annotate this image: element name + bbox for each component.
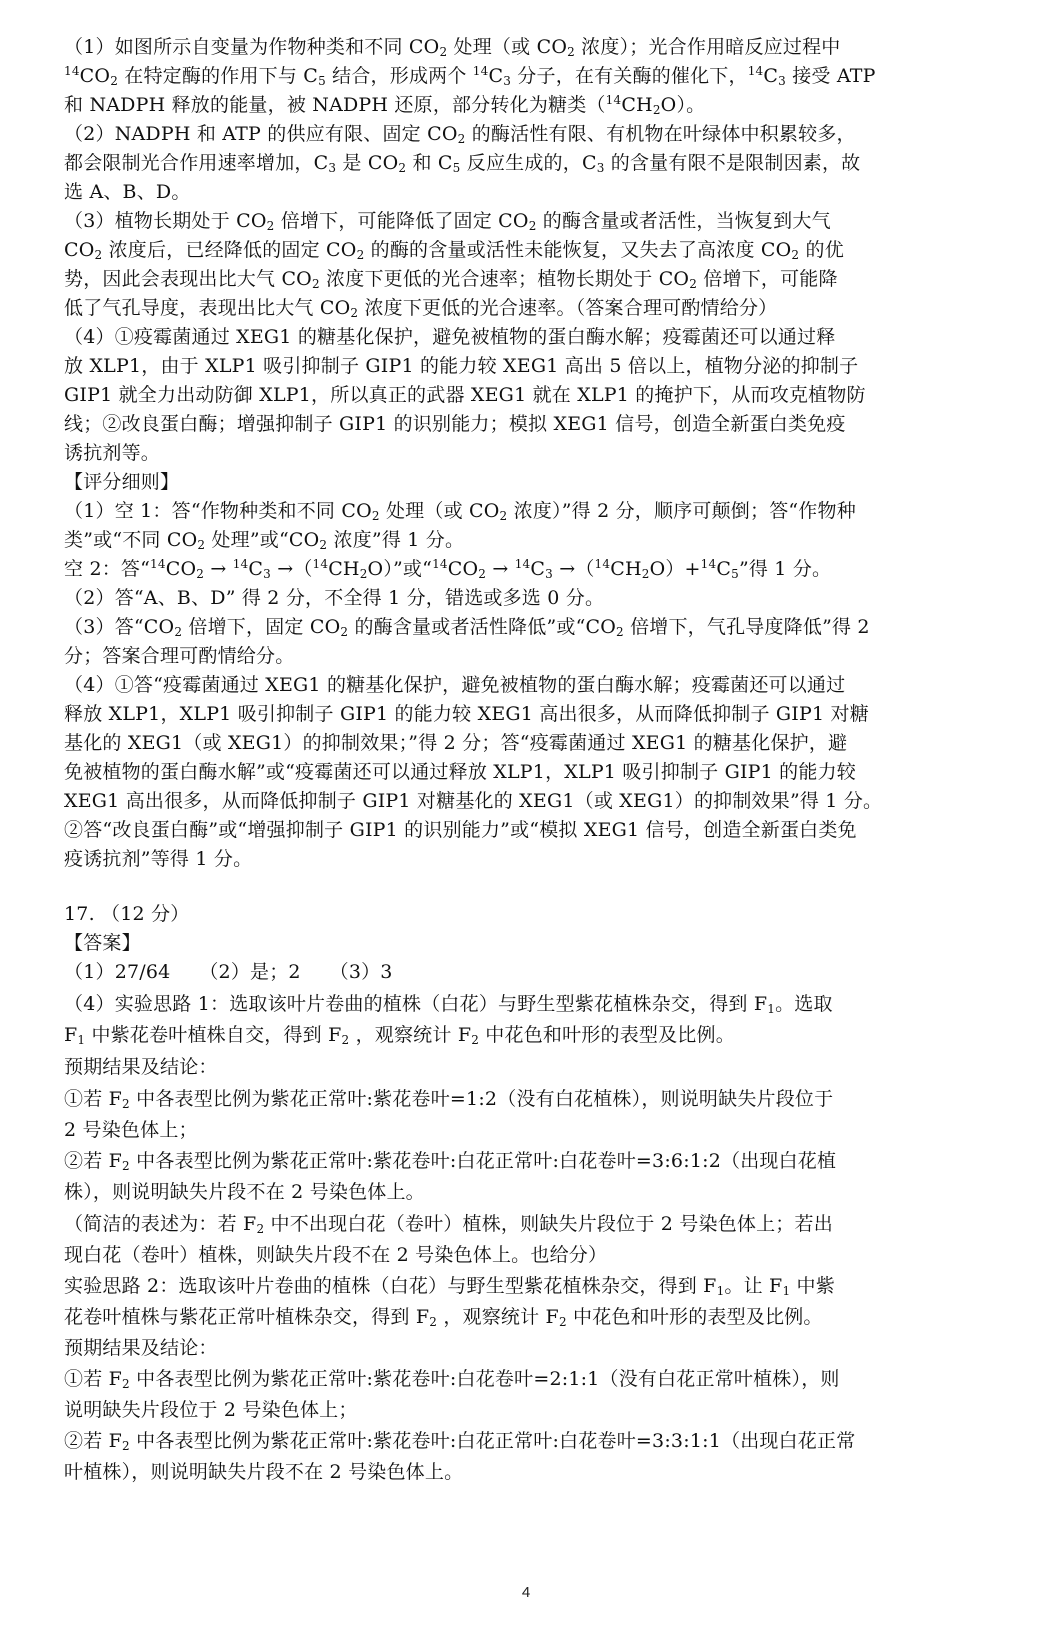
text-line: 花卷叶植株与紫花正常叶植株杂交，得到 F2 ，观察统计 F2 中花色和叶形的表型…: [64, 1303, 989, 1332]
text-line: 分；答案合理可酌情给分。: [64, 642, 989, 671]
text-line: 说明缺失片段位于 2 号染色体上；: [64, 1396, 989, 1425]
text-line: 和 NADPH 释放的能量，被 NADPH 还原，部分转化为糖类（14CH2O）…: [64, 91, 989, 120]
text-line: 14CO2 在特定酶的作用下与 C5 结合，形成两个 14C3 分子，在有关酶的…: [64, 62, 989, 91]
text-line: 类”或“不同 CO2 处理”或“CO2 浓度”得 1 分。: [64, 526, 989, 555]
text-line: 空 2：答“14CO2 → 14C3 →（14CH2O）”或“14CO2 → 1…: [64, 555, 989, 584]
text-line: （4）①答“疫霉菌通过 XEG1 的糖基化保护，避免被植物的蛋白酶水解；疫霉菌还…: [64, 671, 989, 700]
text-line: 【评分细则】: [64, 468, 989, 497]
text-line: 预期结果及结论：: [64, 1334, 989, 1363]
text-line: 现白花（卷叶）植株，则缺失片段不在 2 号染色体上。也给分）: [64, 1241, 989, 1270]
text-line: 实验思路 2：选取该叶片卷曲的植株（白花）与野生型紫花植株杂交，得到 F1。让 …: [64, 1272, 989, 1301]
text-line: 免被植物的蛋白酶水解”或“疫霉菌还可以通过释放 XLP1，XLP1 吸引抑制子 …: [64, 758, 989, 787]
text-line: 低了气孔导度，表现出比大气 CO2 浓度下更低的光合速率。（答案合理可酌情给分）: [64, 294, 989, 323]
text-line: 株），则说明缺失片段不在 2 号染色体上。: [64, 1178, 989, 1207]
document-page: （1）如图所示自变量为作物种类和不同 CO2 处理（或 CO2 浓度）；光合作用…: [0, 0, 1052, 1629]
text-line: 线；②改良蛋白酶；增强抑制子 GIP1 的识别能力；模拟 XEG1 信号，创造全…: [64, 410, 989, 439]
text-line: 预期结果及结论：: [64, 1053, 989, 1082]
text-line: CO2 浓度后，已经降低的固定 CO2 的酶的含量或活性未能恢复，又失去了高浓度…: [64, 236, 989, 265]
text-line: 选 A、B、D。: [64, 178, 989, 207]
text-line: F1 中紫花卷叶植株自交，得到 F2 ，观察统计 F2 中花色和叶形的表型及比例…: [64, 1021, 989, 1050]
text-line: （3）植物长期处于 CO2 倍增下，可能降低了固定 CO2 的酶含量或者活性，当…: [64, 207, 989, 236]
text-line: 放 XLP1，由于 XLP1 吸引抑制子 GIP1 的能力较 XEG1 高出 5…: [64, 352, 989, 381]
text-line: 基化的 XEG1（或 XEG1）的抑制效果；”得 2 分；答“疫霉菌通过 XEG…: [64, 729, 989, 758]
text-line: ①若 F2 中各表型比例为紫花正常叶:紫花卷叶:白花卷叶=2:1:1（没有白花正…: [64, 1365, 989, 1394]
text-line: 2 号染色体上；: [64, 1116, 989, 1145]
text-line: 势，因此会表现出比大气 CO2 浓度下更低的光合速率；植物长期处于 CO2 倍增…: [64, 265, 989, 294]
page-number: 4: [0, 1584, 1052, 1601]
text-line: （简洁的表述为：若 F2 中不出现白花（卷叶）植株，则缺失片段位于 2 号染色体…: [64, 1210, 989, 1239]
text-line: 释放 XLP1，XLP1 吸引抑制子 GIP1 的能力较 XEG1 高出很多，从…: [64, 700, 989, 729]
text-line: （3）答“CO2 倍增下，固定 CO2 的酶含量或者活性降低”或“CO2 倍增下…: [64, 613, 989, 642]
text-line: GIP1 就全力出动防御 XLP1，所以真正的武器 XEG1 就在 XLP1 的…: [64, 381, 989, 410]
text-line: 疫诱抗剂”等得 1 分。: [64, 845, 989, 874]
text-line: （2）答“A、B、D” 得 2 分，不全得 1 分，错选或多选 0 分。: [64, 584, 989, 613]
text-line: ①若 F2 中各表型比例为紫花正常叶:紫花卷叶=1:2（没有白花植株），则说明缺…: [64, 1085, 989, 1114]
text-line: 17. （12 分）: [64, 900, 989, 929]
text-line: 【答案】: [64, 929, 989, 958]
text-line: ②若 F2 中各表型比例为紫花正常叶:紫花卷叶:白花正常叶:白花卷叶=3:6:1…: [64, 1147, 989, 1176]
text-line: ②若 F2 中各表型比例为紫花正常叶:紫花卷叶:白花正常叶:白花卷叶=3:3:1…: [64, 1427, 989, 1456]
text-line: 都会限制光合作用速率增加，C3 是 CO2 和 C5 反应生成的，C3 的含量有…: [64, 149, 989, 178]
text-line: 叶植株），则说明缺失片段不在 2 号染色体上。: [64, 1458, 989, 1487]
text-line: （1）如图所示自变量为作物种类和不同 CO2 处理（或 CO2 浓度）；光合作用…: [64, 33, 989, 62]
text-line: （4）①疫霉菌通过 XEG1 的糖基化保护，避免被植物的蛋白酶水解；疫霉菌还可以…: [64, 323, 989, 352]
text-line: 诱抗剂等。: [64, 439, 989, 468]
text-line: ②答“改良蛋白酶”或“增强抑制子 GIP1 的识别能力”或“模拟 XEG1 信号…: [64, 816, 989, 845]
text-line: （1）27/64 （2）是；2 （3）3: [64, 958, 989, 987]
text-line: （2）NADPH 和 ATP 的供应有限、固定 CO2 的酶活性有限、有机物在叶…: [64, 120, 989, 149]
text-line: XEG1 高出很多，从而降低抑制子 GIP1 对糖基化的 XEG1（或 XEG1…: [64, 787, 989, 816]
text-line: （1）空 1：答“作物种类和不同 CO2 处理（或 CO2 浓度）”得 2 分，…: [64, 497, 989, 526]
text-line: （4）实验思路 1：选取该叶片卷曲的植株（白花）与野生型紫花植株杂交，得到 F1…: [64, 990, 989, 1019]
